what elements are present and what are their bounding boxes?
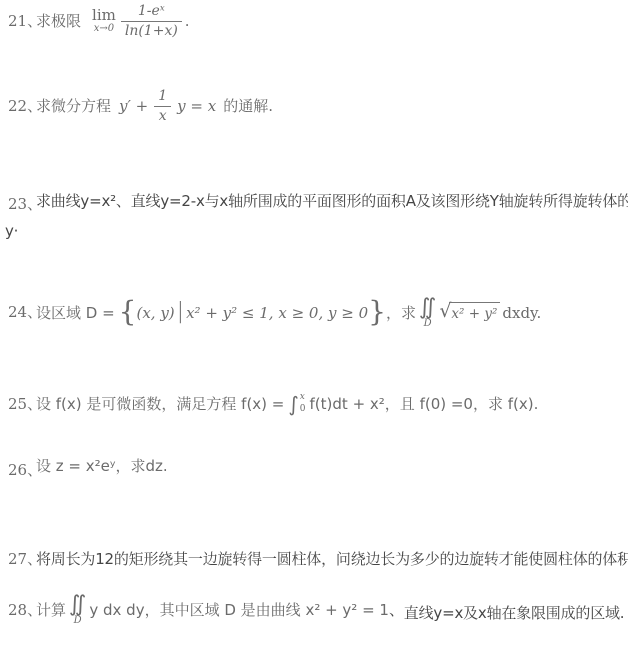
problem-24-number: 24、 — [8, 302, 36, 322]
integral-limits: x 0 — [300, 392, 306, 415]
problem-21: 21、 求极限 lim x→0 1-eˣ ln(1+x) . — [8, 3, 190, 40]
lim-word: lim — [92, 8, 116, 23]
double-integral-region: D — [419, 319, 436, 329]
problem-22: 22、 求微分方程 y′ + 1 x y = x 的通解. — [8, 88, 273, 125]
problem-26-body: 设 z = x²eʸ，求dz. — [36, 456, 168, 476]
double-integral: ∬ D — [419, 297, 436, 329]
open-brace: { — [119, 298, 137, 326]
lim-subscript: x→0 — [92, 24, 116, 34]
problem-27: 27、 将周长为12的矩形绕其一边旋转得一圆柱体，问绕边长为多少的边旋转才能使圆… — [8, 549, 628, 569]
problem-28-pre: 计算 — [36, 600, 66, 620]
problem-27-body: 将周长为12的矩形绕其一边旋转得一圆柱体，问绕边长为多少的边旋转才能使圆柱体的体… — [36, 549, 628, 569]
limit-operator: lim x→0 — [92, 8, 116, 34]
problem-28: 28、 计算 ∬ D y dx dy，其中区域 D 是由曲线 x² + y² =… — [8, 594, 624, 626]
problem-21-body: 求极限 lim x→0 1-eˣ ln(1+x) . — [36, 3, 190, 40]
problem-25-number: 25、 — [8, 394, 36, 414]
problem-26-number: 26、 — [8, 460, 36, 480]
problem-25: 25、 设 f(x) 是可微函数，满足方程 f(x) = ∫ x 0 f(t)d… — [8, 392, 538, 415]
problem-23-number: 23、 — [8, 193, 36, 214]
fraction-denominator: ln(1+x) — [121, 21, 182, 40]
fraction-denominator: x — [154, 106, 171, 125]
double-integral-symbol: ∬ — [419, 297, 436, 319]
mid-text: ，求 — [386, 303, 416, 323]
ode-right: y = x — [177, 96, 216, 116]
problem-28-mid: y dx dy，其中区域 D 是由曲线 x² + y² = 1 — [89, 600, 389, 620]
period: . — [185, 11, 190, 31]
problem-24: 24、 设区域 D = { (x, y) | x² + y² ≤ 1, x ≥ … — [8, 297, 541, 329]
problem-25-post: f(t)dt + x²，且 f(0) =0，求 f(x). — [310, 394, 539, 414]
double-integral-symbol: ∬ — [69, 594, 86, 616]
problem-22-prefix: 求微分方程 — [36, 96, 111, 116]
problem-26-text: 设 z = x²eʸ，求dz. — [36, 456, 168, 476]
fraction: 1-eˣ ln(1+x) — [121, 3, 182, 40]
integral-upper-limit: x — [300, 392, 306, 404]
problem-24-body: 设区域 D = { (x, y) | x² + y² ≤ 1, x ≥ 0, y… — [36, 297, 541, 329]
region-conditions: x² + y² ≤ 1, x ≥ 0, y ≥ 0 — [186, 303, 368, 323]
problem-21-prefix: 求极限 — [36, 11, 81, 31]
square-root: √ x² + y² — [439, 302, 500, 323]
problem-21-number: 21、 — [8, 11, 36, 31]
such-that-bar: | — [177, 297, 184, 327]
integral-symbol: ∫ — [288, 394, 298, 414]
fraction: 1 x — [154, 88, 171, 125]
region-prefix: 设区域 D = — [36, 303, 115, 323]
problem-27-text: 将周长为12的矩形绕其一边旋转得一圆柱体，问绕边长为多少的边旋转才能使圆柱体的体… — [36, 549, 628, 569]
problem-28-tail: 直线y=x及x轴在象限围成的区域. — [404, 603, 625, 623]
fraction-numerator: 1 — [154, 88, 171, 106]
problem-22-body: 求微分方程 y′ + 1 x y = x 的通解. — [36, 88, 273, 125]
point-tuple: (x, y) — [136, 303, 174, 323]
problem-22-number: 22、 — [8, 96, 36, 116]
problem-26: 26、 设 z = x²eʸ，求dz. — [8, 452, 168, 480]
double-integral-region: D — [69, 616, 86, 626]
ode-left: y′ + — [119, 96, 148, 116]
enumeration-comma: 、 — [389, 600, 404, 620]
problem-23-line2: y· — [5, 222, 18, 240]
double-integral: ∬ D — [69, 594, 86, 626]
problem-25-pre: 设 f(x) 是可微函数，满足方程 f(x) = — [36, 394, 284, 414]
math-worksheet: 21、 求极限 lim x→0 1-eˣ ln(1+x) . 22、 求微分方程… — [0, 0, 628, 652]
problem-25-body: 设 f(x) 是可微函数，满足方程 f(x) = ∫ x 0 f(t)dt + … — [36, 392, 538, 415]
integrand-differentials: dxdy. — [502, 303, 541, 323]
problem-28-number: 28、 — [8, 600, 36, 620]
definite-integral: ∫ x 0 — [288, 392, 305, 415]
problem-22-suffix: 的通解. — [223, 96, 273, 116]
problem-27-number: 27、 — [8, 549, 36, 569]
close-brace: } — [368, 298, 386, 326]
fraction-numerator: 1-eˣ — [121, 3, 182, 21]
integral-lower-limit: 0 — [300, 404, 306, 416]
problem-28-body: 计算 ∬ D y dx dy，其中区域 D 是由曲线 x² + y² = 1 、… — [36, 594, 624, 626]
problem-23-line1: 求曲线y=x²、直线y=2-x与x轴所围成的平面图形的面积A及该图形绕Y轴旋转所… — [36, 190, 628, 211]
radicand: x² + y² — [449, 302, 500, 323]
